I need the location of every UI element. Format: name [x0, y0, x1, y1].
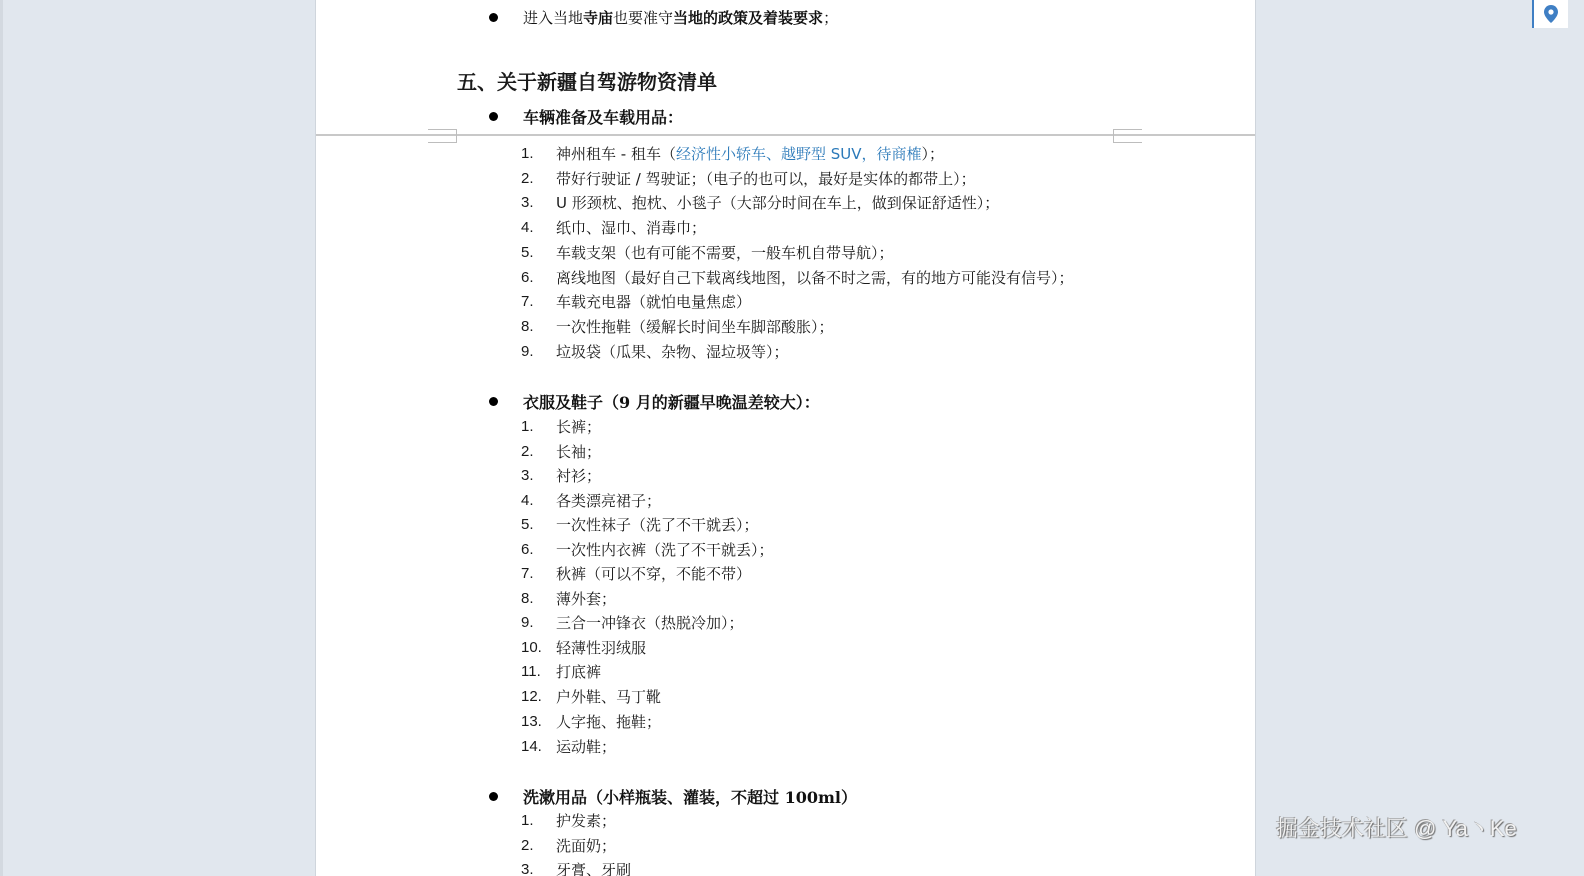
item-text: 运动鞋；: [556, 736, 616, 757]
list-number: 4.: [521, 492, 556, 509]
list-item: 3.牙膏、牙刷: [521, 858, 631, 876]
list-item: 5.车载支架（也有可能不需要，一般车机自带导航）；: [521, 241, 894, 263]
list-item: 2.带好行驶证 / 驾驶证；（电子的也可以，最好是实体的都带上）；: [521, 167, 976, 189]
item-text: 人字拖、拖鞋；: [556, 711, 661, 732]
list-item: 9.垃圾袋（瓜果、杂物、湿垃圾等）；: [521, 340, 789, 362]
list-number: 14.: [521, 738, 556, 755]
item-text: 一次性内衣裤（洗了不干就丢）；: [556, 539, 774, 560]
list-number: 2.: [521, 837, 556, 854]
margin-crop-mark-left: [428, 129, 457, 143]
item-text: 带好行驶证 / 驾驶证；（电子的也可以，最好是实体的都带上）；: [556, 168, 976, 189]
item-text: 纸巾、湿巾、消毒巾；: [556, 217, 706, 238]
list-item: 7.秋裤（可以不穿，不能不带）: [521, 562, 751, 584]
list-item: 11.打底裤: [521, 660, 601, 682]
list-item: 12.户外鞋、马丁靴: [521, 685, 661, 707]
bullet-temple-rules: 进入当地寺庙也要准守当地的政策及着装要求；: [489, 6, 838, 28]
item-text: 轻薄性羽绒服: [556, 637, 646, 658]
list-number: 3.: [521, 467, 556, 484]
list-number: 8.: [521, 590, 556, 607]
list-item: 3.U 形颈枕、抱枕、小毯子（大部分时间在车上，做到保证舒适性）；: [521, 191, 999, 213]
list-number: 8.: [521, 318, 556, 335]
item-text: 垃圾袋（瓜果、杂物、湿垃圾等）；: [556, 341, 789, 362]
list-number: 7.: [521, 565, 556, 582]
list-number: 10.: [521, 639, 556, 656]
item-text: 神州租车 - 租车（: [556, 143, 676, 164]
list-number: 13.: [521, 713, 556, 730]
item-text: 车载支架（也有可能不需要，一般车机自带导航）；: [556, 242, 894, 263]
list-item: 1. 神州租车 - 租车（经济性小轿车、越野型 SUV，待商榷）；: [521, 142, 944, 164]
group-title-toiletries: 洗漱用品（小样瓶装、灌装，不超过 100ml）: [489, 785, 857, 807]
list-number: 4.: [521, 219, 556, 236]
item-text: 车载充电器（就怕电量焦虑）: [556, 291, 751, 312]
list-item: 13.人字拖、拖鞋；: [521, 710, 661, 732]
item-text: 一次性拖鞋（缓解长时间坐车脚部酸胀）；: [556, 316, 834, 337]
item-text: U 形颈枕、抱枕、小毯子（大部分时间在车上，做到保证舒适性）；: [556, 192, 999, 213]
list-number: 7.: [521, 293, 556, 310]
list-number: 2.: [521, 443, 556, 460]
item-text: 洗面奶；: [556, 835, 616, 856]
list-item: 10.轻薄性羽绒服: [521, 636, 646, 658]
item-text: 户外鞋、马丁靴: [556, 686, 661, 707]
list-item: 1.护发素；: [521, 809, 616, 831]
item-text: 长袖；: [556, 441, 601, 462]
bullet-icon: [489, 112, 498, 121]
list-item: 1.长裤；: [521, 415, 601, 437]
list-item: 6.离线地图（最好自己下载离线地图，以备不时之需，有的地方可能没有信号）；: [521, 266, 1074, 288]
margin-crop-mark-right: [1113, 129, 1142, 143]
list-number: 9.: [521, 343, 556, 360]
list-item: 6.一次性内衣裤（洗了不干就丢）；: [521, 538, 774, 560]
list-number: 6.: [521, 269, 556, 286]
group-title: 衣服及鞋子（9 月的新疆早晚温差较大）：: [523, 390, 820, 413]
item-text: 各类漂亮裙子；: [556, 490, 661, 511]
list-item: 4.纸巾、湿巾、消毒巾；: [521, 216, 706, 238]
text: 也要准守: [613, 9, 673, 27]
group-title: 车辆准备及车载用品：: [523, 105, 683, 128]
item-text: 护发素；: [556, 810, 616, 831]
item-text: 三合一冲锋衣（热脱冷加）；: [556, 612, 744, 633]
list-number: 3.: [521, 194, 556, 211]
item-text: 牙膏、牙刷: [556, 859, 631, 876]
item-text: 长裤；: [556, 416, 601, 437]
list-item: 8.薄外套；: [521, 587, 616, 609]
list-number: 5.: [521, 516, 556, 533]
group-title: 洗漱用品（小样瓶装、灌装，不超过 100ml）: [523, 785, 857, 808]
list-item: 7.车载充电器（就怕电量焦虑）: [521, 290, 751, 312]
section-heading: 五、关于新疆自驾游物资清单: [457, 66, 717, 95]
list-number: 3.: [521, 861, 556, 876]
group-title-vehicle: 车辆准备及车载用品：: [489, 105, 683, 127]
list-number: 6.: [521, 541, 556, 558]
list-item: 14.运动鞋；: [521, 735, 616, 757]
window-edge: [0, 0, 3, 876]
text: ；: [823, 9, 838, 27]
list-item: 2.洗面奶；: [521, 834, 616, 856]
item-text: 离线地图（最好自己下载离线地图，以备不时之需，有的地方可能没有信号）；: [556, 267, 1074, 288]
list-item: 4.各类漂亮裙子；: [521, 489, 661, 511]
text: 进入当地: [523, 9, 583, 27]
list-number: 1.: [521, 812, 556, 829]
item-text: 衬衫；: [556, 465, 601, 486]
bullet-icon: [489, 13, 498, 22]
list-number: 2.: [521, 170, 556, 187]
item-text: 秋裤（可以不穿，不能不带）: [556, 563, 751, 584]
group-title-clothing: 衣服及鞋子（9 月的新疆早晚温差较大）：: [489, 390, 820, 412]
bold-text: 寺庙: [583, 9, 613, 27]
watermark: 掘金技术社区 @ Ya丶Ke: [1276, 812, 1517, 843]
list-number: 1.: [521, 145, 556, 162]
list-item: 3.衬衫；: [521, 464, 601, 486]
item-text: 打底裤: [556, 661, 601, 682]
item-text: ）；: [922, 143, 945, 164]
location-pin-button[interactable]: [1532, 0, 1568, 28]
bold-text: 当地的政策及着装要求: [673, 9, 823, 27]
list-number: 9.: [521, 614, 556, 631]
colored-text: 经济性小轿车、越野型 SUV，待商榷: [676, 143, 922, 164]
bullet-icon: [489, 397, 498, 406]
bullet-icon: [489, 792, 498, 801]
list-number: 5.: [521, 244, 556, 261]
list-item: 5.一次性袜子（洗了不干就丢）；: [521, 513, 759, 535]
list-item: 9.三合一冲锋衣（热脱冷加）；: [521, 611, 744, 633]
item-text: 薄外套；: [556, 588, 616, 609]
list-number: 1.: [521, 418, 556, 435]
list-number: 12.: [521, 688, 556, 705]
item-text: 一次性袜子（洗了不干就丢）；: [556, 514, 759, 535]
list-item: 2.长袖；: [521, 440, 601, 462]
list-number: 11.: [521, 663, 556, 680]
list-item: 8.一次性拖鞋（缓解长时间坐车脚部酸胀）；: [521, 315, 834, 337]
location-pin-icon: [1544, 5, 1558, 23]
